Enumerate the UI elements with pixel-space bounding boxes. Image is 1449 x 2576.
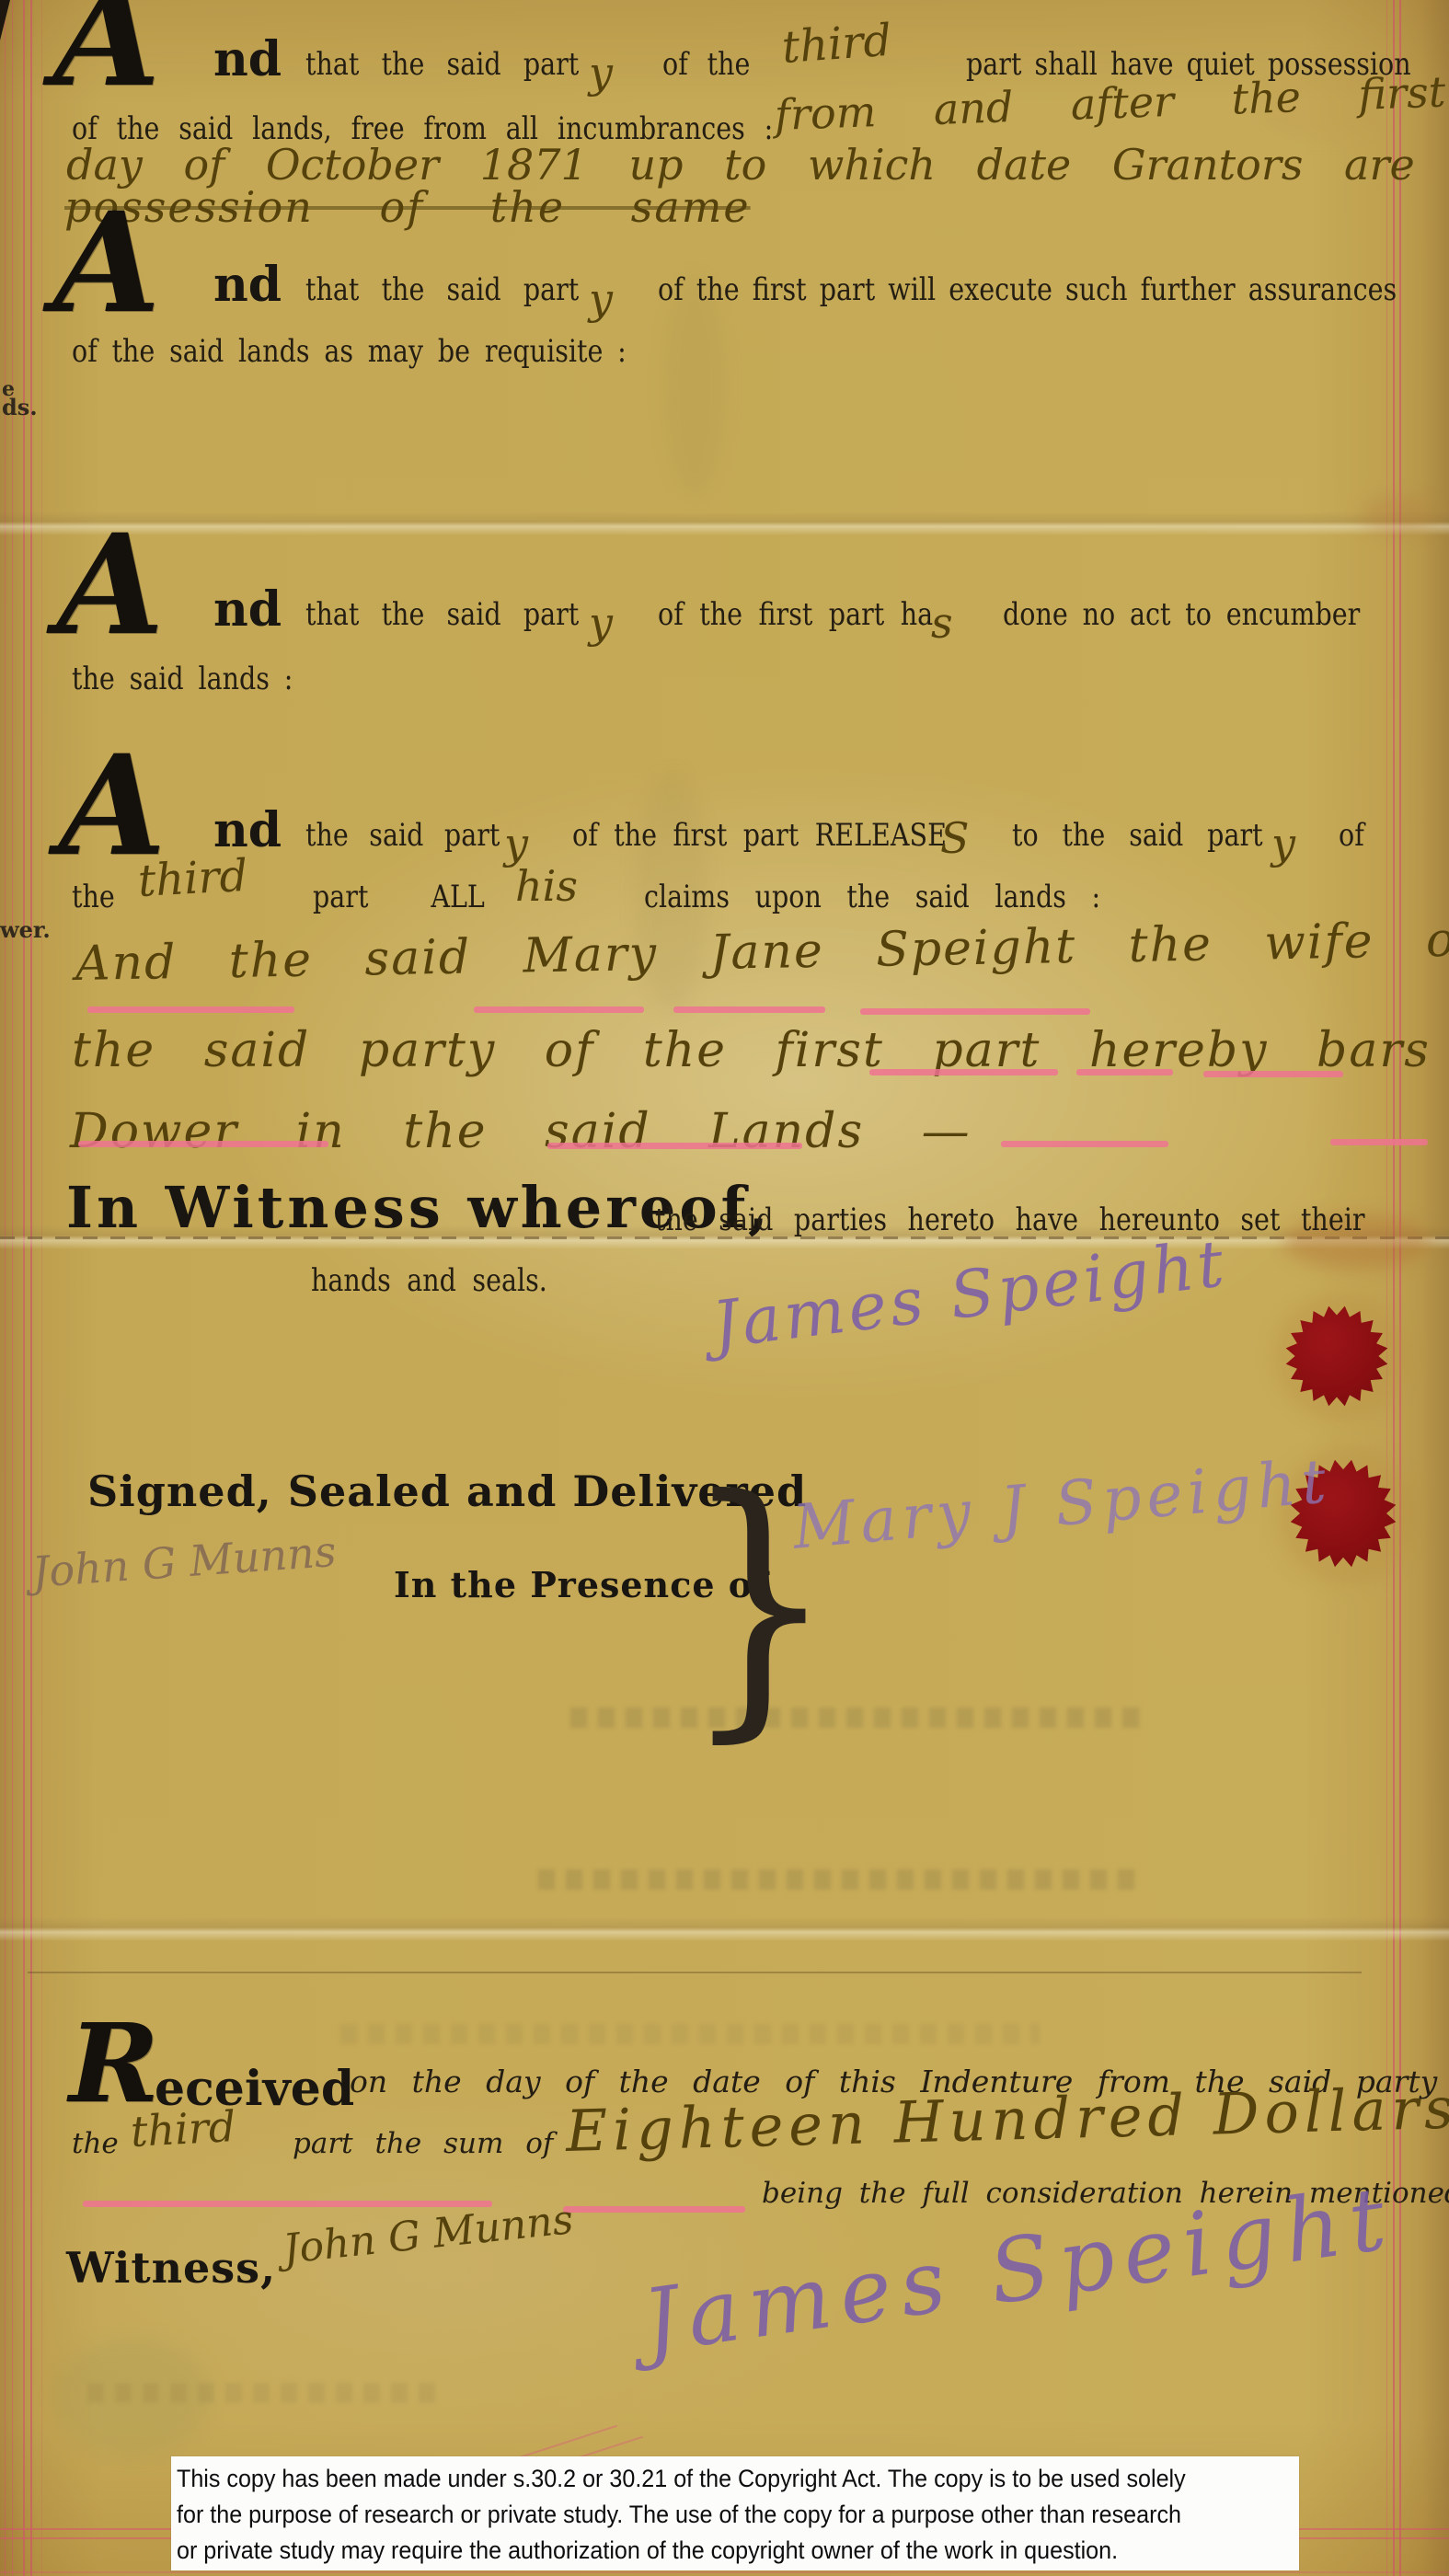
left-rule-line (30, 0, 32, 2576)
printed-text: hands and seals. (311, 1262, 547, 1299)
witness-label: Witness, (66, 2243, 276, 2293)
drop-cap: A (59, 751, 166, 861)
pink-underline (563, 2206, 745, 2213)
printed-text: of the first part will execute such furt… (658, 271, 1397, 308)
left-rule-line (23, 0, 25, 2576)
clause-lead: nd (213, 31, 282, 87)
pink-underline (869, 1069, 1058, 1075)
drop-cap: R (69, 2020, 159, 2107)
scan-corner-notch (0, 0, 10, 40)
deed-page: e ds. wer. A nd that the said part y of … (0, 0, 1449, 2576)
pink-underline (78, 1141, 328, 1147)
fold-crease (0, 1917, 1449, 1941)
bleed-through-text (340, 2024, 1040, 2044)
printed-text: that the said part (305, 596, 579, 633)
handwritten-insertion: third (780, 15, 893, 74)
handwritten-insertion: y (589, 598, 613, 648)
pink-underline (1076, 1069, 1173, 1075)
printed-text: of (1339, 817, 1364, 854)
handwritten-insertion: y (589, 48, 613, 98)
handwritten-insertion: S (940, 813, 970, 863)
printed-text: of the first part RELEASE (572, 817, 947, 854)
pink-underline (1330, 1139, 1428, 1145)
handwritten-insertion: third (137, 850, 249, 907)
handwritten-insertion: y (1271, 819, 1295, 868)
handwritten-text: Dower in the said Lands — (70, 1104, 972, 1159)
handwritten-insertion: third (130, 2101, 237, 2156)
drop-cap: A (57, 530, 164, 640)
printed-text: claims upon the said lands : (644, 879, 1100, 915)
fold-crease (0, 512, 1449, 535)
handwritten-text: possession of the same (64, 182, 751, 232)
margin-note: wer. (0, 916, 51, 943)
wax-seal-icon (1285, 1305, 1388, 1407)
pink-underline (1001, 1141, 1168, 1147)
clause-lead: nd (213, 581, 282, 638)
rust-stain (1362, 497, 1435, 534)
clause-lead: nd (213, 802, 282, 858)
copyright-line: for the purpose of research or private s… (177, 2497, 1221, 2533)
signature-john-g-munns: John G Munns (281, 2196, 575, 2273)
bleed-through-text (570, 1708, 1141, 1728)
signature-mary-j-speight: Mary J Speight (790, 1445, 1335, 1563)
bleed-through-text (87, 2383, 437, 2403)
printed-text: the (72, 879, 115, 915)
handwritten-insertion: s (931, 598, 953, 648)
printed-text: of the said lands as may be requisite : (72, 333, 627, 370)
printed-text: the (72, 2127, 119, 2160)
drop-cap: A (53, 0, 160, 92)
pink-underline (1203, 1071, 1343, 1077)
pink-underline (87, 1006, 294, 1013)
handwritten-text: And the said Mary Jane Speight the wife … (75, 912, 1449, 992)
printed-text: to the said part (1012, 817, 1263, 854)
copyright-line: This copy has been made under s.30.2 or … (177, 2461, 1221, 2497)
copyright-line: or private study may require the authori… (177, 2533, 1221, 2569)
printed-text: that the said part (305, 271, 579, 308)
printed-text: done no act to encumber (1003, 596, 1360, 633)
embossed-ghost (662, 276, 727, 497)
pink-underline (83, 2201, 492, 2207)
printed-text: part the sum of (293, 2127, 553, 2160)
printed-text: the said parties hereto have hereunto se… (655, 1202, 1365, 1238)
printed-text: that the said part (305, 46, 579, 83)
copyright-notice: This copy has been made under s.30.2 or … (171, 2456, 1299, 2570)
margin-note: ds. (2, 394, 38, 420)
printed-text: of the (662, 46, 750, 83)
printed-text: the said part (305, 817, 500, 854)
left-rule-line (41, 0, 42, 2576)
stray-ink-line (28, 1972, 1362, 1973)
pink-underline (474, 1006, 644, 1013)
handwritten-text: the said party of the first part hereby … (72, 1023, 1449, 1078)
handwritten-insertion: y (589, 274, 613, 324)
pink-underline (673, 1006, 825, 1013)
bottom-rule-line (0, 2571, 1449, 2573)
pink-underline (547, 1143, 802, 1149)
signature-john-g-munns: John G Munns (30, 1526, 338, 1597)
printed-text: the said lands : (72, 661, 293, 697)
printed-text: part ALL (313, 879, 485, 915)
bleed-through-text (538, 1869, 1136, 1890)
printed-text: of the first part ha (658, 596, 933, 633)
drop-cap: A (53, 208, 160, 318)
clause-lead: nd (213, 257, 282, 313)
pink-underline (860, 1008, 1090, 1015)
handwritten-insertion: his (515, 861, 578, 911)
